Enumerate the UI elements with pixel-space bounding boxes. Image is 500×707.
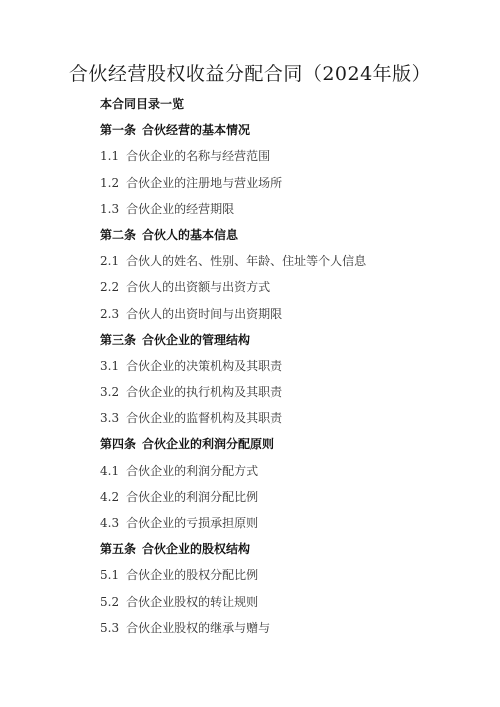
item-text: 合伙企业的决策机构及其职责	[126, 359, 282, 373]
section-heading: 第二条合伙人的基本信息	[100, 222, 366, 248]
item-text: 合伙企业的注册地与营业场所	[126, 176, 282, 190]
item-number: 1.2	[100, 170, 119, 196]
section-label: 第三条	[100, 327, 136, 353]
section-title: 合伙经营的基本情况	[142, 123, 250, 137]
item-number: 5.3	[100, 615, 119, 641]
item-number: 3.3	[100, 405, 119, 431]
section-label: 第五条	[100, 536, 136, 562]
section-label: 第一条	[100, 117, 136, 143]
item-number: 1.3	[100, 196, 119, 222]
item-text: 合伙企业的名称与经营范围	[126, 149, 270, 163]
item-text: 合伙企业的股权分配比例	[126, 568, 258, 582]
table-of-contents: 本合同目录一览 第一条合伙经营的基本情况 1.1合伙企业的名称与经营范围 1.2…	[100, 91, 366, 641]
toc-item: 4.2合伙企业的利润分配比例	[100, 484, 366, 510]
item-text: 合伙人的姓名、性别、年龄、住址等个人信息	[126, 254, 366, 268]
item-number: 4.3	[100, 510, 119, 536]
toc-item: 5.2合伙企业股权的转让规则	[100, 589, 366, 615]
section-heading: 第五条合伙企业的股权结构	[100, 536, 366, 562]
toc-heading: 本合同目录一览	[100, 91, 366, 117]
section-title: 合伙企业的股权结构	[142, 542, 250, 556]
item-text: 合伙人的出资时间与出资期限	[126, 307, 282, 321]
item-text: 合伙企业的亏损承担原则	[126, 516, 258, 530]
item-text: 合伙企业股权的转让规则	[126, 595, 258, 609]
item-text: 合伙人的出资额与出资方式	[126, 280, 270, 294]
item-text: 合伙企业股权的继承与赠与	[126, 621, 270, 635]
section-heading: 第三条合伙企业的管理结构	[100, 327, 366, 353]
item-text: 合伙企业的利润分配比例	[126, 490, 258, 504]
toc-item: 2.2合伙人的出资额与出资方式	[100, 274, 366, 300]
item-text: 合伙企业的监督机构及其职责	[126, 411, 282, 425]
item-number: 1.1	[100, 143, 119, 169]
section-title: 合伙企业的利润分配原则	[142, 437, 274, 451]
document-title: 合伙经营股权收益分配合同（2024年版）	[0, 60, 500, 88]
section-heading: 第一条合伙经营的基本情况	[100, 117, 366, 143]
section-title: 合伙企业的管理结构	[142, 333, 250, 347]
toc-item: 1.1合伙企业的名称与经营范围	[100, 143, 366, 169]
toc-item: 4.1合伙企业的利润分配方式	[100, 458, 366, 484]
toc-item: 3.3合伙企业的监督机构及其职责	[100, 405, 366, 431]
toc-item: 3.2合伙企业的执行机构及其职责	[100, 379, 366, 405]
item-number: 2.1	[100, 248, 119, 274]
toc-item: 3.1合伙企业的决策机构及其职责	[100, 353, 366, 379]
item-number: 4.2	[100, 484, 119, 510]
toc-item: 2.1合伙人的姓名、性别、年龄、住址等个人信息	[100, 248, 366, 274]
section-heading: 第四条合伙企业的利润分配原则	[100, 431, 366, 457]
toc-item: 5.1合伙企业的股权分配比例	[100, 562, 366, 588]
toc-item: 1.2合伙企业的注册地与营业场所	[100, 170, 366, 196]
item-number: 4.1	[100, 458, 119, 484]
item-number: 2.2	[100, 274, 119, 300]
toc-item: 1.3合伙企业的经营期限	[100, 196, 366, 222]
section-label: 第二条	[100, 222, 136, 248]
toc-item: 2.3合伙人的出资时间与出资期限	[100, 301, 366, 327]
toc-item: 5.3合伙企业股权的继承与赠与	[100, 615, 366, 641]
item-number: 5.1	[100, 562, 119, 588]
section-title: 合伙人的基本信息	[142, 228, 238, 242]
item-text: 合伙企业的利润分配方式	[126, 464, 258, 478]
item-text: 合伙企业的执行机构及其职责	[126, 385, 282, 399]
item-text: 合伙企业的经营期限	[126, 202, 234, 216]
item-number: 5.2	[100, 589, 119, 615]
toc-item: 4.3合伙企业的亏损承担原则	[100, 510, 366, 536]
item-number: 2.3	[100, 301, 119, 327]
item-number: 3.2	[100, 379, 119, 405]
section-label: 第四条	[100, 431, 136, 457]
item-number: 3.1	[100, 353, 119, 379]
